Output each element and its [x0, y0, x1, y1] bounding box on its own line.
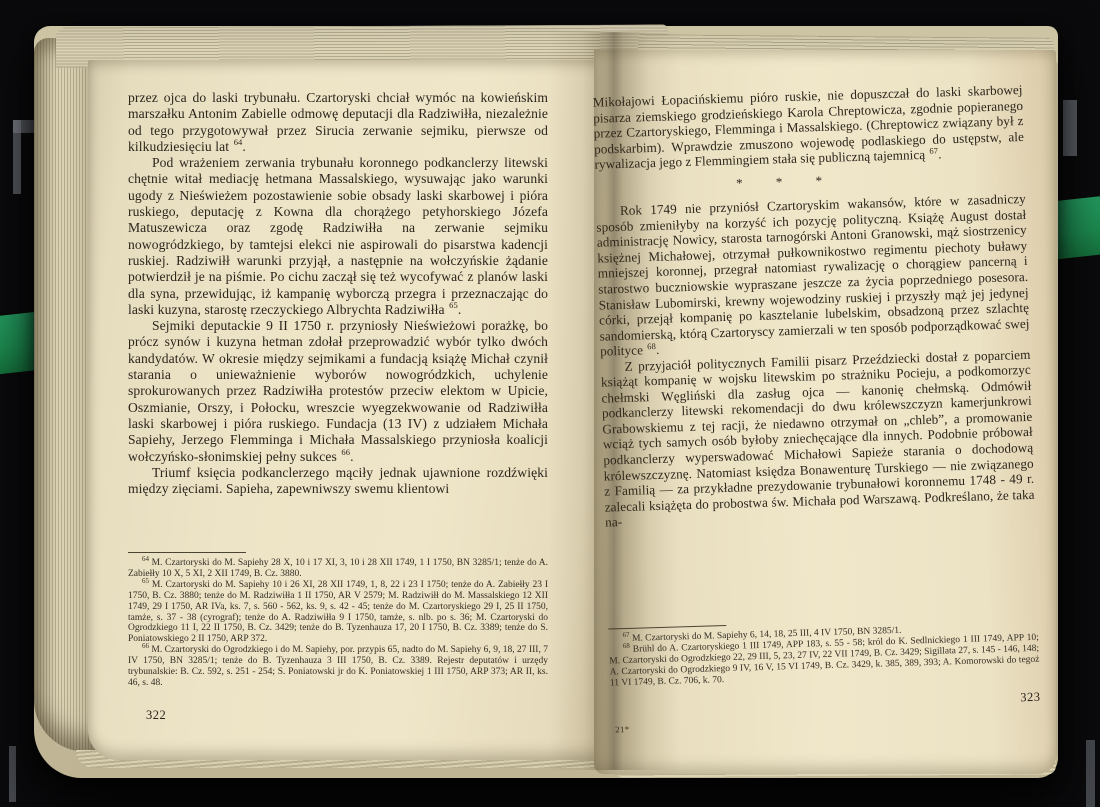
footnote-ref: 67	[929, 145, 938, 155]
open-book: przez ojca do laski trybunału. Czartorys…	[34, 26, 1058, 778]
footnote-rule	[608, 625, 726, 630]
footnote-number: 67	[622, 631, 629, 639]
footnote: 65 M. Czartoryski do M. Sapiehy 10 i 26 …	[128, 580, 548, 645]
footnote-ref: 66	[341, 447, 350, 457]
left-page: przez ojca do laski trybunału. Czartorys…	[88, 60, 640, 760]
right-page-body: Mikołajowi Łopacińskiemu pióro ruskie, n…	[592, 82, 1035, 530]
footnote-ref: 64	[234, 137, 243, 147]
photo-scene: przez ojca do laski trybunału. Czartorys…	[0, 0, 1100, 807]
footnote-number: 65	[142, 577, 149, 585]
footnote-rule	[128, 552, 246, 553]
body-paragraph: Sejmiki deputackie 9 II 1750 r. przynios…	[128, 318, 548, 465]
page-number-left: 322	[146, 708, 166, 723]
footnote: 64 M. Czartoryski do M. Sapiehy 28 X, 10…	[128, 558, 548, 580]
body-paragraph: Rok 1749 nie przyniósł Czartoryskim waka…	[596, 191, 1030, 359]
body-paragraph: Triumf księcia podkanclerzego mąciły jed…	[128, 465, 548, 498]
body-paragraph: Mikołajowi Łopacińskiemu pióro ruskie, n…	[592, 82, 1024, 172]
background-bar-mark	[9, 746, 16, 802]
footnote-list: 64 M. Czartoryski do M. Sapiehy 28 X, 10…	[128, 558, 548, 689]
background-bracket-mark	[13, 120, 21, 194]
right-page: Mikołajowi Łopacińskiemu pióro ruskie, n…	[594, 50, 1056, 774]
right-page-footnotes: 67 M. Czartoryski do M. Sapiehy 6, 14, 1…	[608, 616, 1040, 689]
footnote-ref: 65	[449, 300, 458, 310]
left-page-footnotes: 64 M. Czartoryski do M. Sapiehy 28 X, 10…	[128, 552, 548, 689]
footnote: 66 M. Czartoryski do Ogrodzkiego i do M.…	[128, 645, 548, 689]
footnote-ref: 68	[647, 341, 656, 351]
right-page-content: Mikołajowi Łopacińskiemu pióro ruskie, n…	[583, 43, 1066, 780]
footnote-number: 66	[142, 642, 149, 650]
body-paragraph: Pod wrażeniem zerwania trybunału koronne…	[128, 155, 548, 318]
left-page-body: przez ojca do laski trybunału. Czartorys…	[128, 90, 548, 497]
footnote-number: 64	[142, 555, 149, 563]
section-separator: * * *	[595, 168, 965, 195]
signature-mark: 21*	[615, 724, 630, 734]
background-bar-mark	[1063, 100, 1077, 156]
page-number-right: 323	[1020, 690, 1041, 706]
background-bar-mark	[1086, 740, 1095, 807]
footnote-list: 67 M. Czartoryski do M. Sapiehy 6, 14, 1…	[609, 622, 1040, 689]
body-paragraph: przez ojca do laski trybunału. Czartorys…	[128, 90, 548, 155]
body-paragraph: Z przyjaciół politycznych Familii pisarz…	[600, 347, 1035, 531]
footnote-number: 68	[623, 642, 630, 650]
